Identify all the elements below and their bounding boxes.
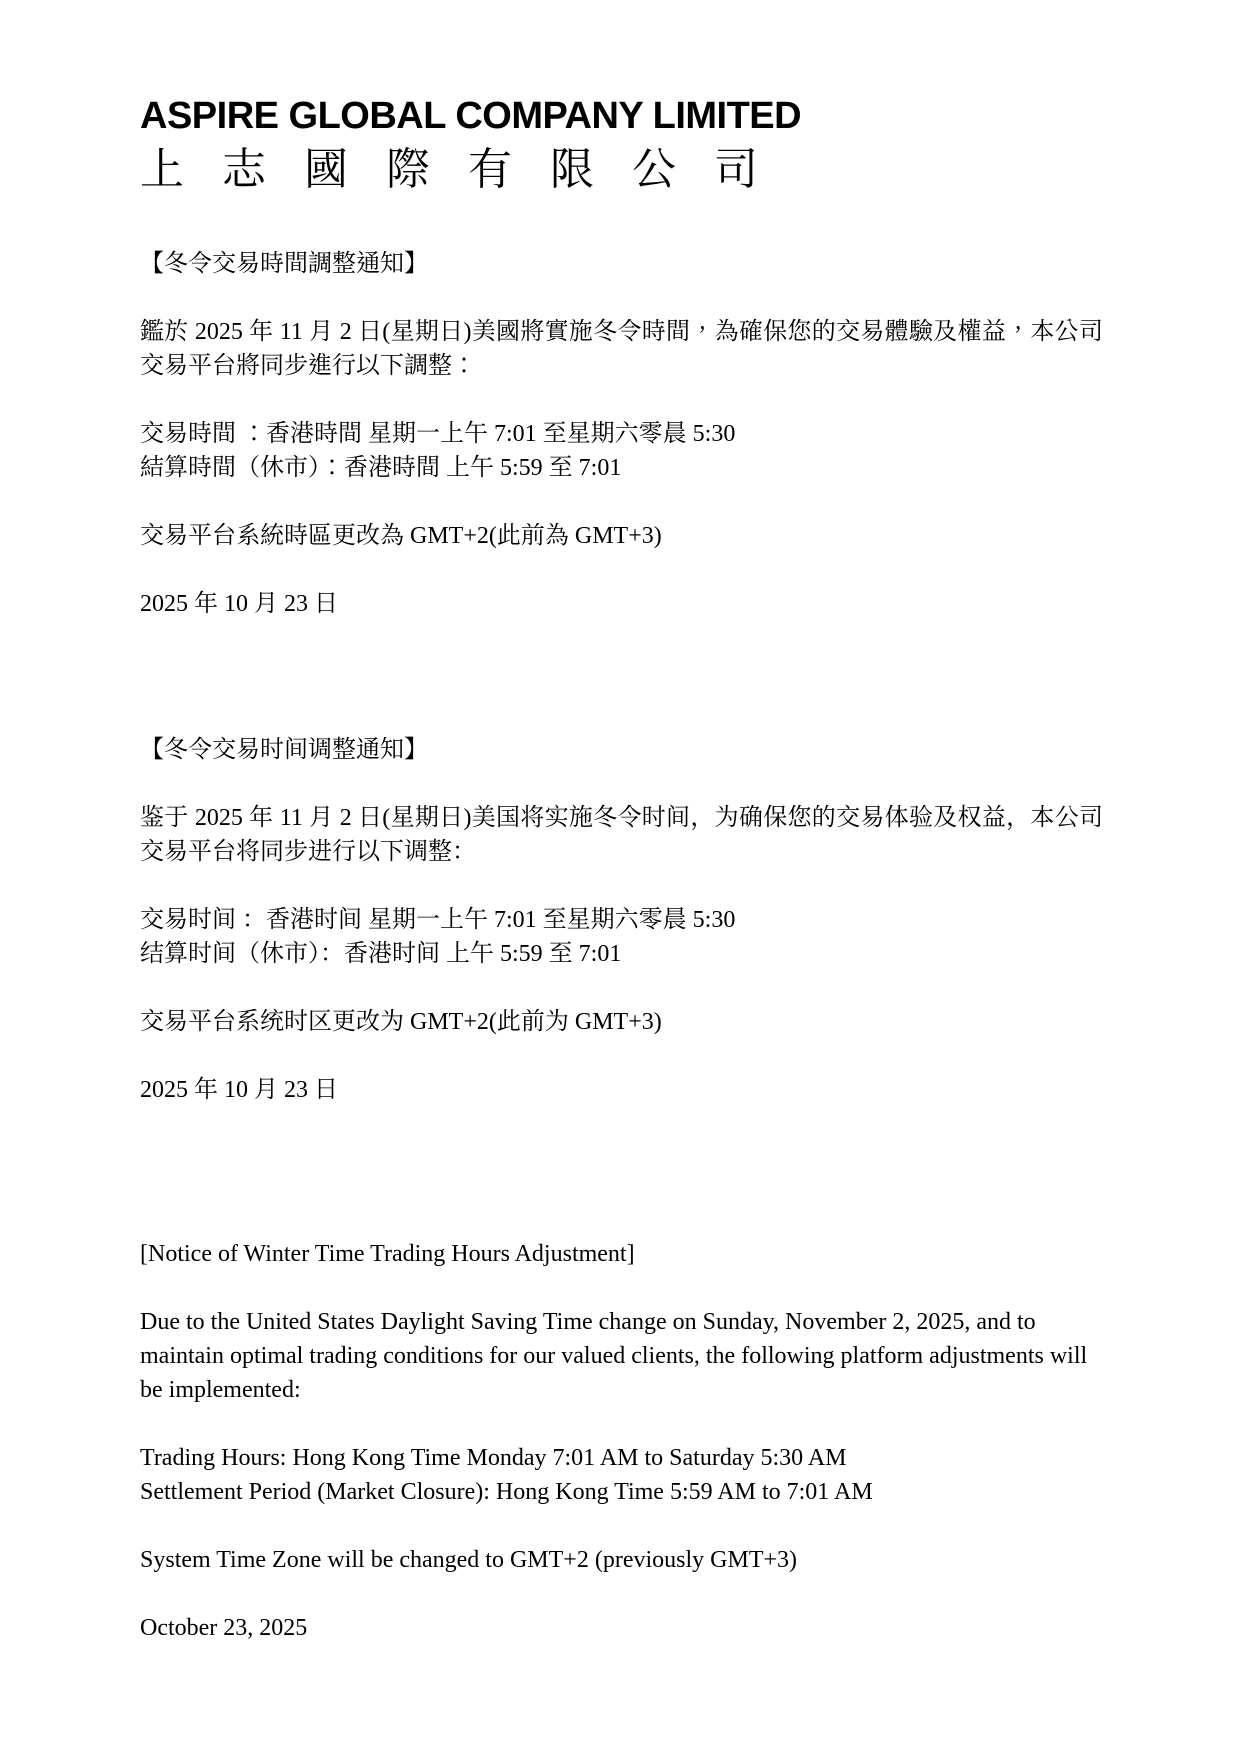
company-name-en: ASPIRE GLOBAL COMPANY LIMITED <box>140 95 1103 137</box>
trading-hours-line-en: Trading Hours: Hong Kong Time Monday 7:0… <box>140 1441 1103 1475</box>
trading-hours-line-zh-hant: 交易時間 ：香港時間 星期一上午 7:01 至星期六零晨 5:30 <box>140 417 1103 451</box>
notice-date-zh-hant: 2025 年 10 月 23 日 <box>140 587 1103 621</box>
company-name-cn: 上志國際有限公司 <box>140 145 1103 195</box>
hours-block-zh-hant: 交易時間 ：香港時間 星期一上午 7:01 至星期六零晨 5:30 結算時間（休… <box>140 417 1103 485</box>
notice-section-traditional-chinese: 【冬令交易時間調整通知】 鑑於 2025 年 11 月 2 日(星期日)美國將實… <box>140 247 1103 621</box>
notice-intro-zh-hans: 鉴于 2025 年 11 月 2 日(星期日)美国将实施冬令时间，为确保您的交易… <box>140 801 1103 869</box>
notice-date-zh-hans: 2025 年 10 月 23 日 <box>140 1073 1103 1107</box>
trading-hours-line-zh-hans: 交易时间 ：香港时间 星期一上午 7:01 至星期六零晨 5:30 <box>140 903 1103 937</box>
timezone-line-zh-hant: 交易平台系統時區更改為 GMT+2(此前為 GMT+3) <box>140 519 1103 553</box>
notice-intro-zh-hant: 鑑於 2025 年 11 月 2 日(星期日)美國將實施冬令時間，為確保您的交易… <box>140 315 1103 383</box>
notice-heading-en: [Notice of Winter Time Trading Hours Adj… <box>140 1237 1103 1271</box>
notice-intro-en: Due to the United States Daylight Saving… <box>140 1305 1103 1407</box>
timezone-line-en: System Time Zone will be changed to GMT+… <box>140 1543 1103 1577</box>
hours-block-zh-hans: 交易时间 ：香港时间 星期一上午 7:01 至星期六零晨 5:30 结算时间（休… <box>140 903 1103 971</box>
notice-section-english: [Notice of Winter Time Trading Hours Adj… <box>140 1237 1103 1645</box>
settlement-line-en: Settlement Period (Market Closure): Hong… <box>140 1475 1103 1509</box>
hours-block-en: Trading Hours: Hong Kong Time Monday 7:0… <box>140 1441 1103 1509</box>
notice-heading-zh-hans: 【冬令交易时间调整通知】 <box>140 733 1103 767</box>
settlement-line-zh-hant: 結算時間（休市）：香港時間 上午 5:59 至 7:01 <box>140 451 1103 485</box>
notice-date-en: October 23, 2025 <box>140 1611 1103 1645</box>
document-page: ASPIRE GLOBAL COMPANY LIMITED 上志國際有限公司 【… <box>0 0 1241 1755</box>
notice-heading-zh-hant: 【冬令交易時間調整通知】 <box>140 247 1103 281</box>
notice-section-simplified-chinese: 【冬令交易时间调整通知】 鉴于 2025 年 11 月 2 日(星期日)美国将实… <box>140 733 1103 1107</box>
document-header: ASPIRE GLOBAL COMPANY LIMITED 上志國際有限公司 <box>140 95 1103 195</box>
settlement-line-zh-hans: 结算时间（休市）：香港时间 上午 5:59 至 7:01 <box>140 937 1103 971</box>
timezone-line-zh-hans: 交易平台系统时区更改为 GMT+2(此前为 GMT+3) <box>140 1005 1103 1039</box>
